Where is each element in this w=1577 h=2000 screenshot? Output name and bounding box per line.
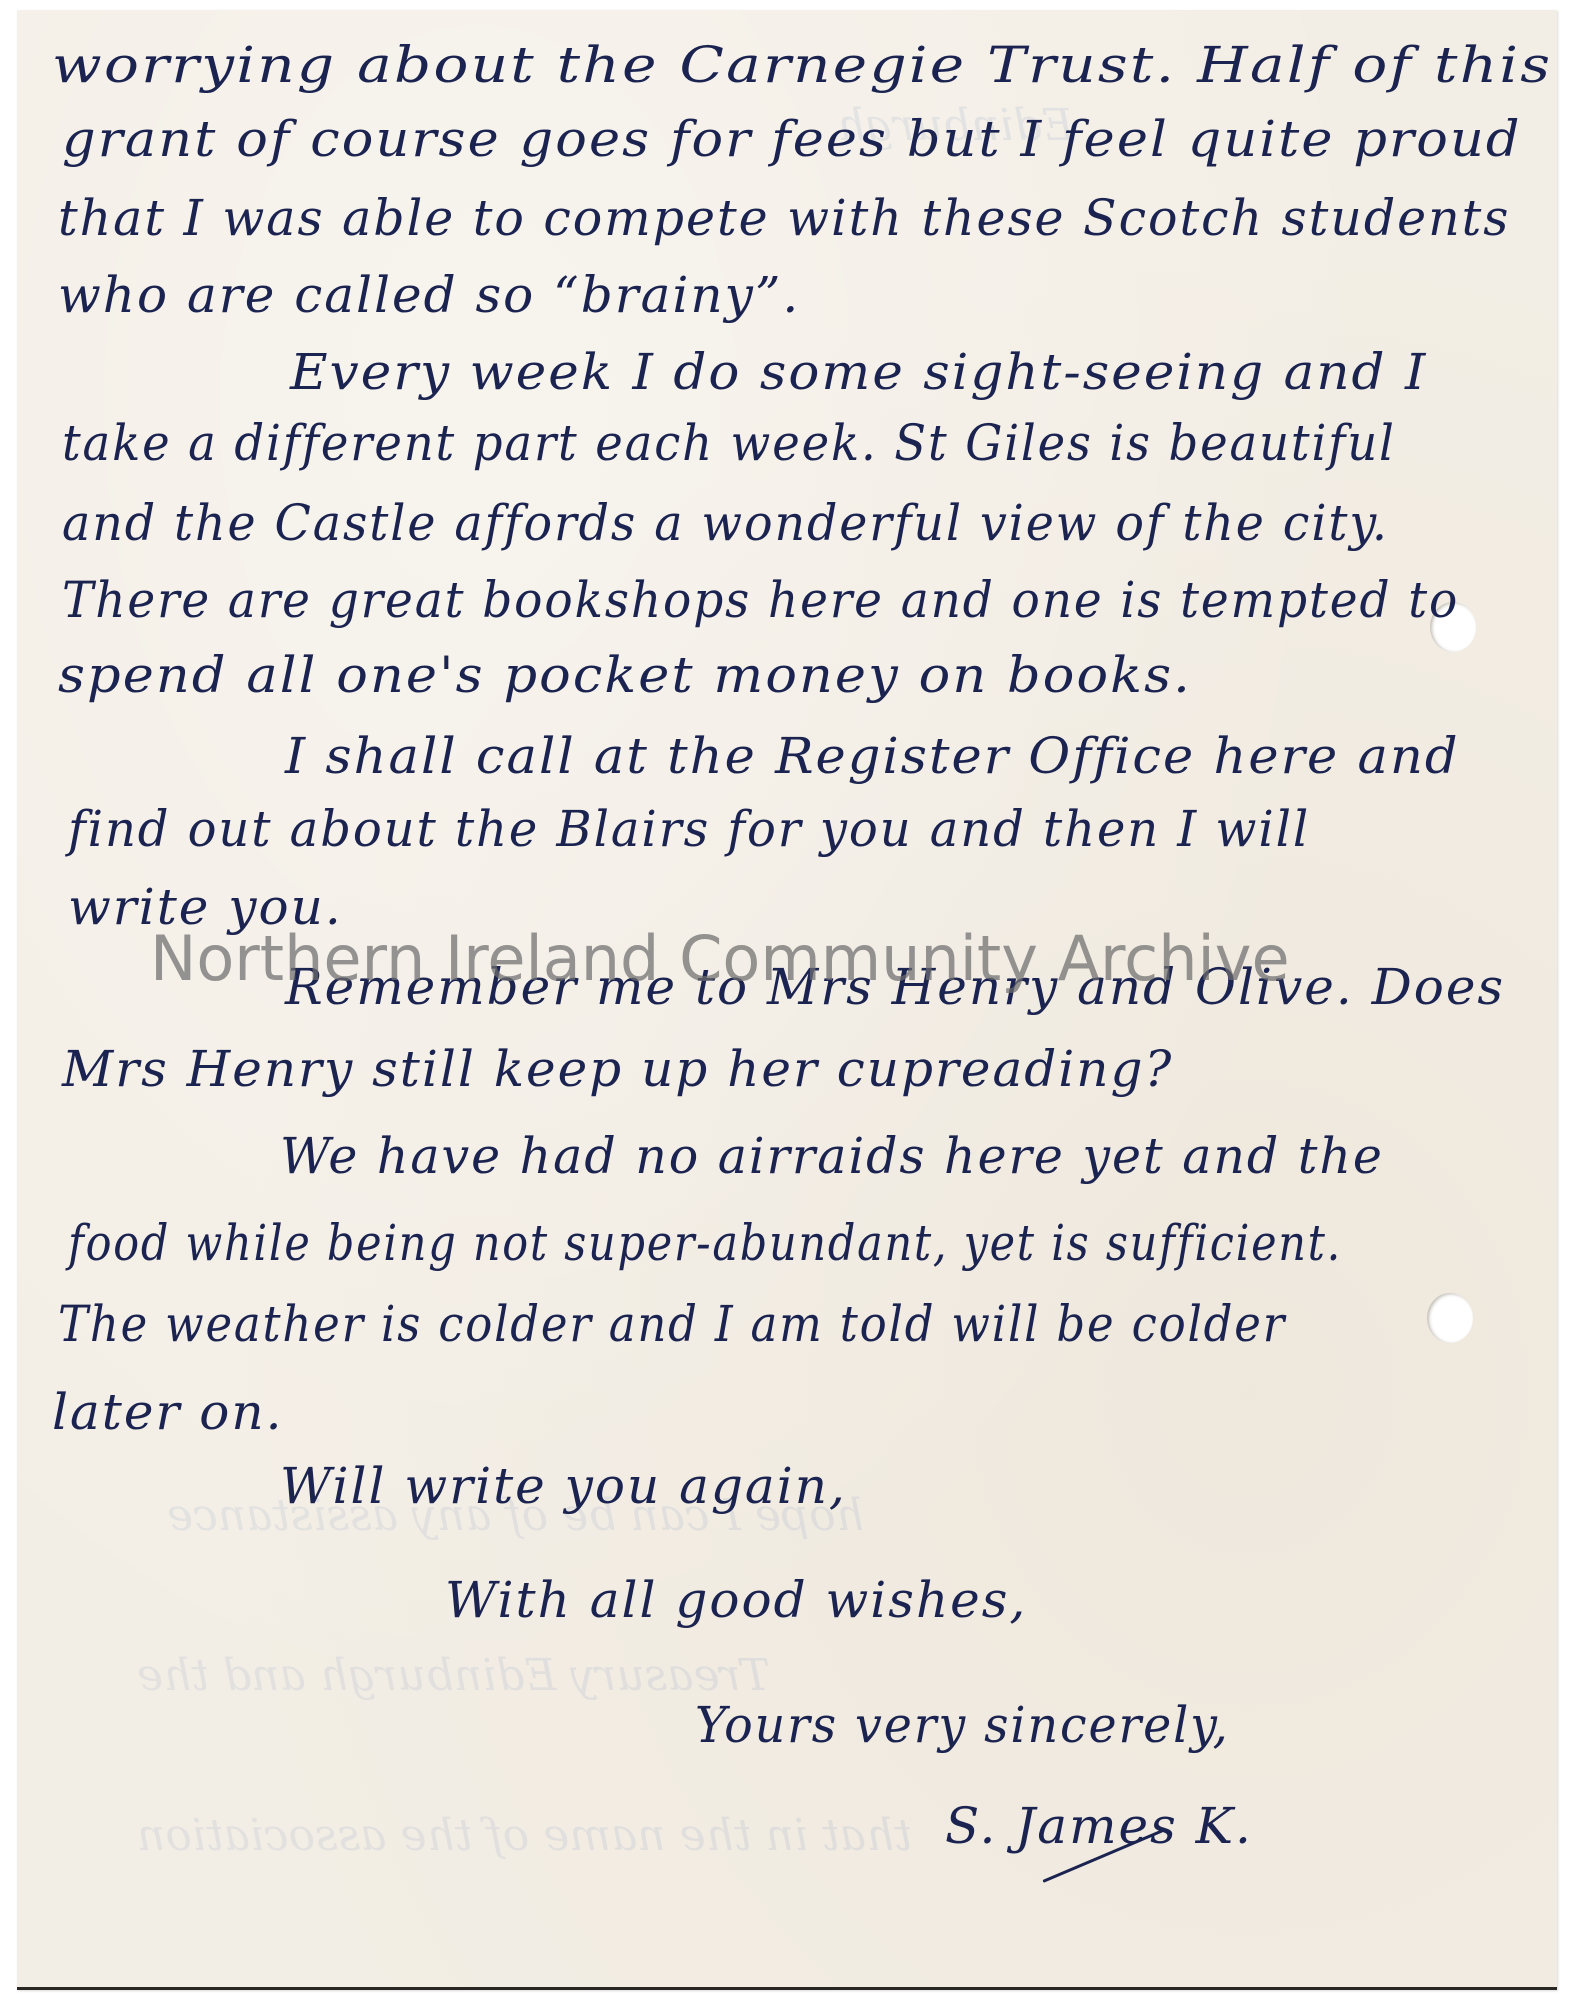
bleed-through-text: Treasury Edinburgh and the: [137, 1650, 770, 1701]
letter-line: take a different part each week. St Gile…: [62, 418, 1396, 468]
letter-line: We have had no airraids here yet and the: [280, 1131, 1384, 1181]
letter-line: spend all one's pocket money on books.: [58, 650, 1192, 700]
letter-line: Every week I do some sight-seeing and I: [290, 347, 1427, 397]
signature: S. James K.: [945, 1801, 1253, 1851]
letter-line: grant of course goes for fees but I feel…: [62, 114, 1522, 164]
letter-line: who are called so “brainy”.: [58, 270, 800, 320]
letter-line: The weather is colder and I am told will…: [58, 1299, 1286, 1349]
letter-line: later on.: [52, 1387, 283, 1437]
letter-line: and the Castle affords a wonderful view …: [62, 498, 1389, 548]
bleed-through-text: that in the name of the association: [137, 1810, 912, 1861]
closing-line: Will write you again,: [280, 1461, 847, 1511]
letter-line: find out about the Blairs for you and th…: [68, 804, 1310, 854]
closing-line: Yours very sincerely,: [695, 1700, 1230, 1750]
closing-line: With all good wishes,: [445, 1575, 1027, 1625]
punch-hole: [1427, 1293, 1473, 1343]
letter-line: food while being not super-abundant, yet…: [68, 1218, 1342, 1268]
letter-line: that I was able to compete with these Sc…: [58, 193, 1510, 243]
letter-line: I shall call at the Register Office here…: [285, 731, 1460, 781]
archive-watermark: Northern Ireland Community Archive: [150, 922, 1290, 995]
letter-line: Mrs Henry still keep up her cupreading?: [62, 1044, 1173, 1094]
letter-line: worrying about the Carnegie Trust. Half …: [52, 40, 1552, 90]
letter-line: There are great bookshops here and one i…: [62, 575, 1459, 625]
